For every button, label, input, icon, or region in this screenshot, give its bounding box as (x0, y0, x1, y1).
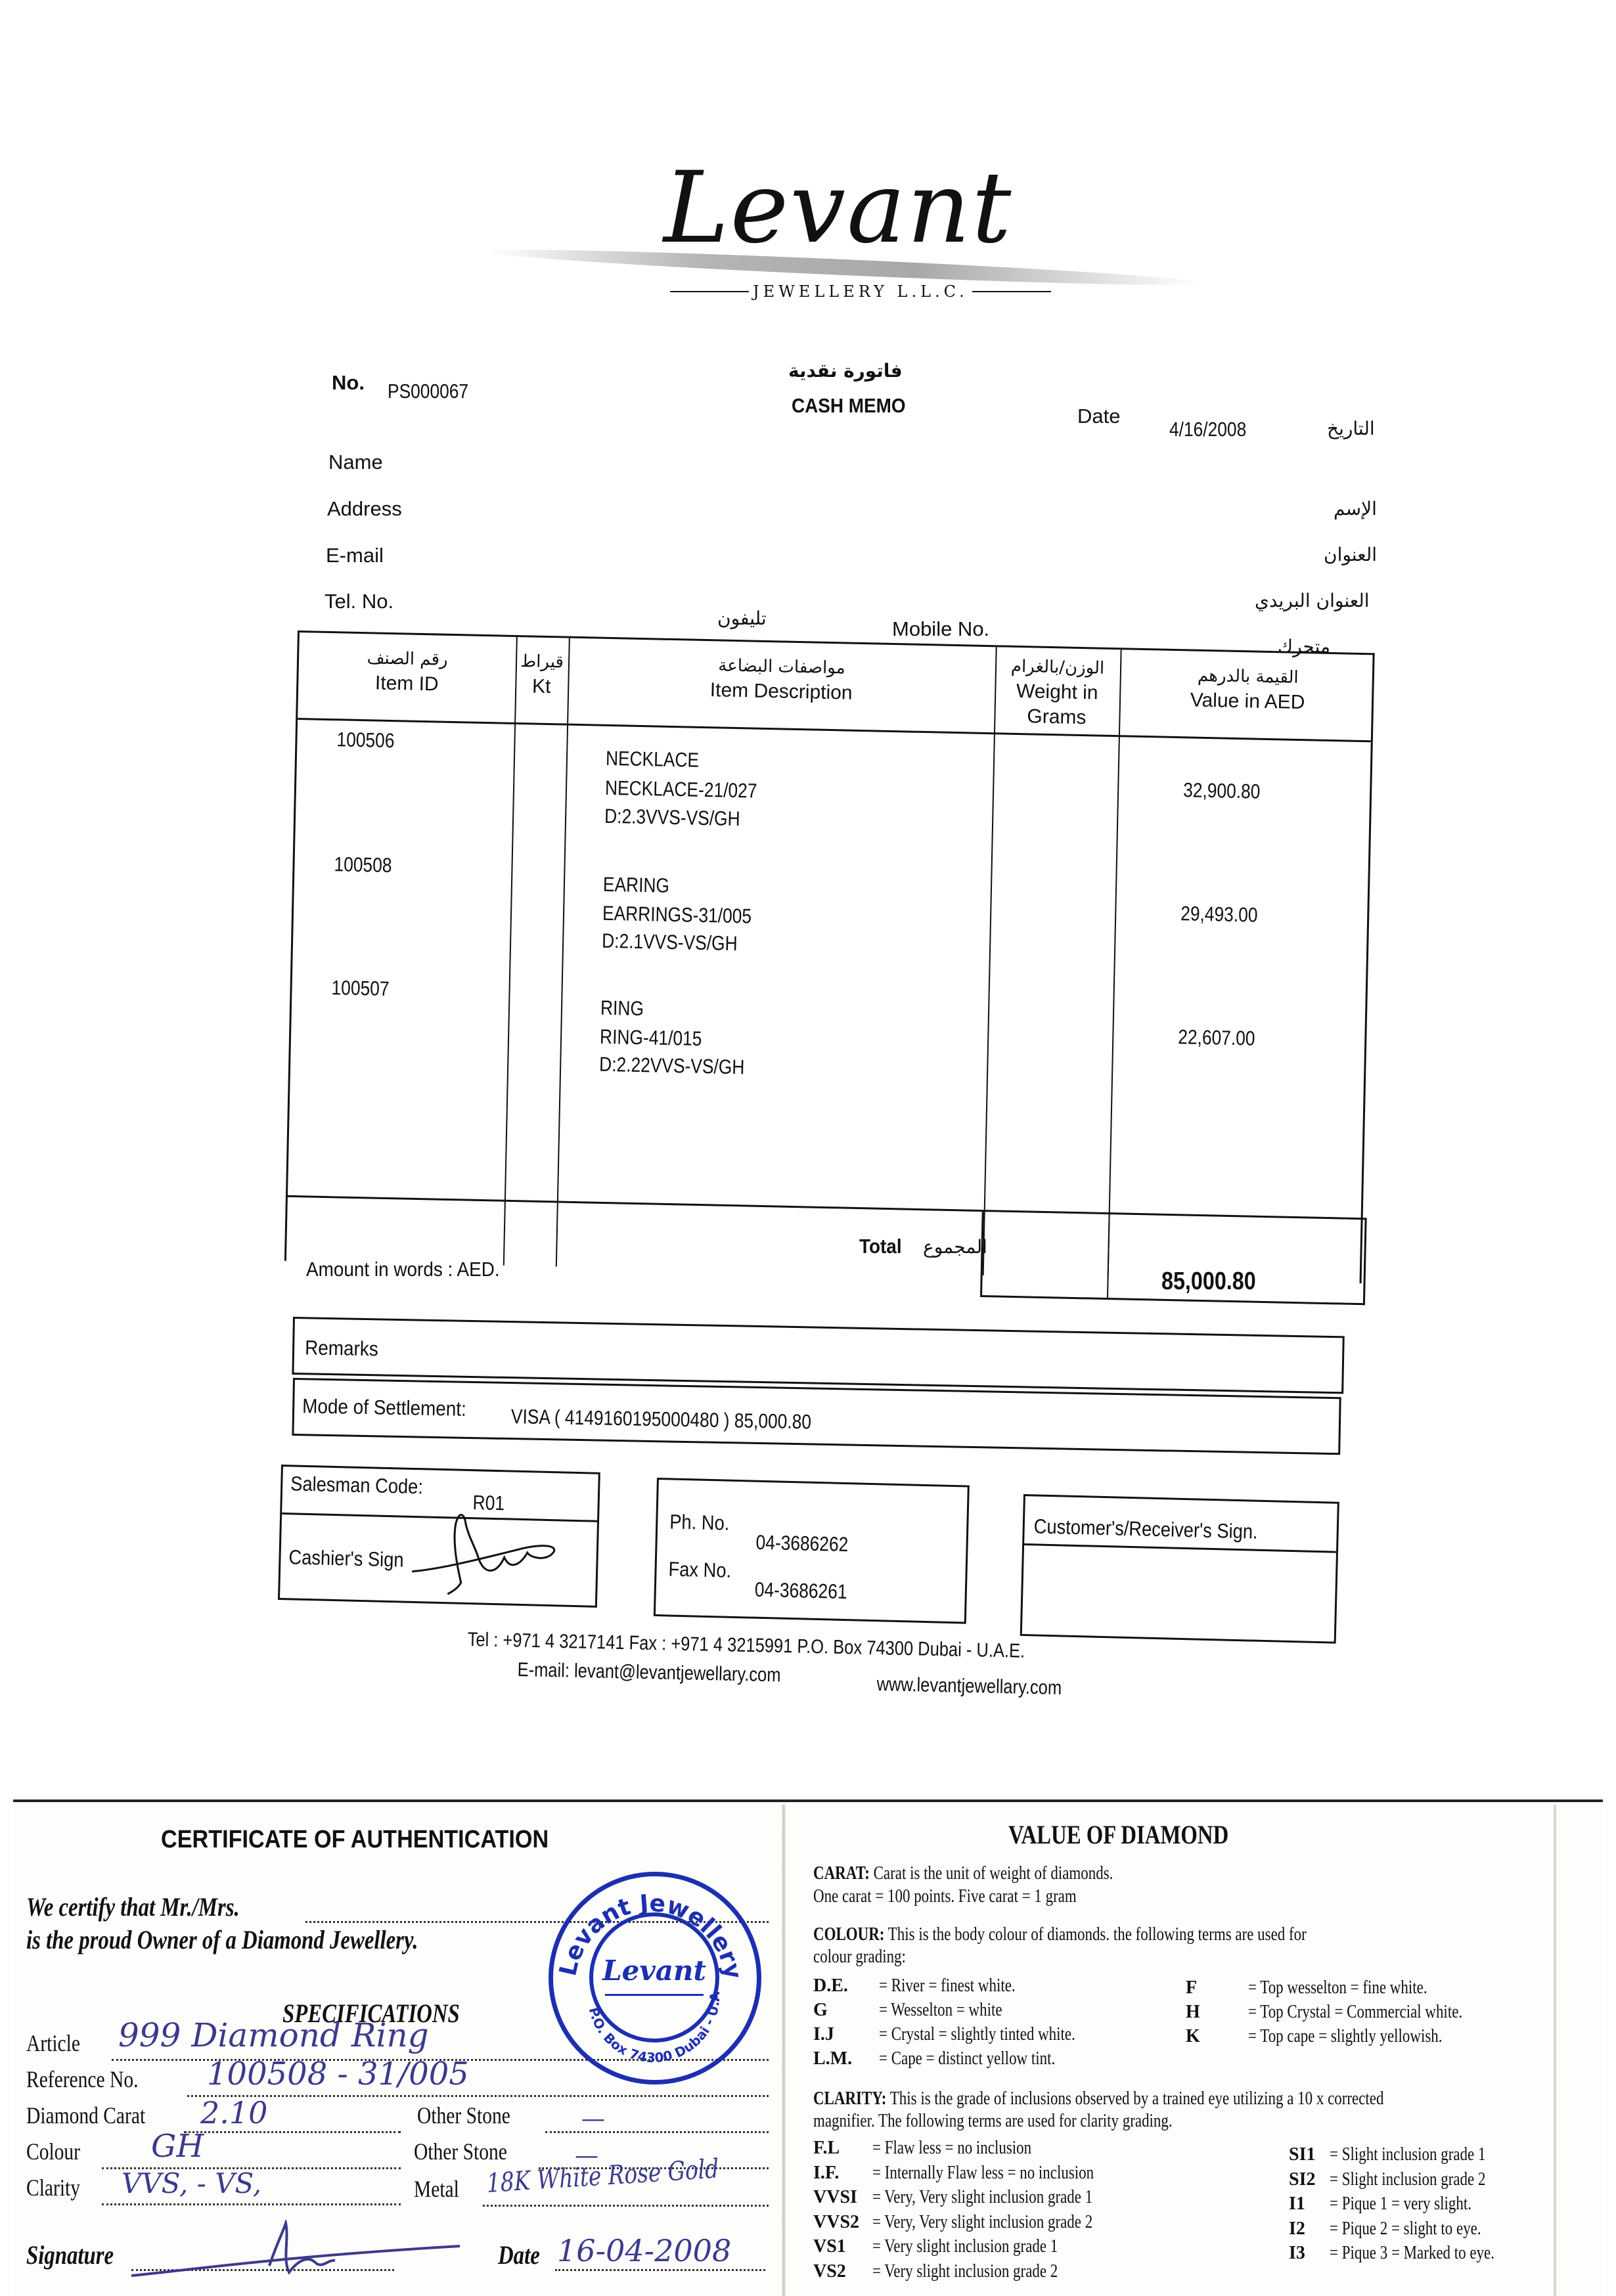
row-1-desc-1: NECKLACE (606, 744, 700, 775)
diamond-carat-field[interactable] (184, 2131, 401, 2133)
grade-desc: = Slight inclusion grade 1 (1330, 2142, 1485, 2167)
amount-in-words-label: Amount in words : AED. (306, 1258, 500, 1281)
reference-field[interactable] (187, 2095, 769, 2097)
grade-code: H (1186, 2000, 1248, 2024)
brand-logo: Levant (663, 151, 1012, 265)
grade-desc: = Slight inclusion grade 2 (1330, 2167, 1485, 2192)
clarity-label-text: Clarity (26, 2174, 80, 2201)
cert-date-label: Date (498, 2240, 549, 2270)
grade-code: F.L (813, 2136, 872, 2161)
card-fold (782, 1805, 786, 2296)
signature-label-text: Signature (26, 2240, 114, 2270)
colour-grade-row: G= Wesselton = white (813, 1998, 1118, 2022)
colour-grade-row: I.J= Crystal = slightly tinted white. (813, 2022, 1118, 2046)
grade-desc: = Top cape = slightly yellowish. (1248, 2024, 1443, 2048)
fax-value: 04-3686261 (754, 1578, 847, 1604)
mobile-label: Mobile No. (892, 617, 989, 641)
header-item-id: رقم الصنف Item ID (298, 644, 516, 699)
clarity-grade-row: VVSI= Very, Very slight inclusion grade … (813, 2185, 1142, 2210)
colour-text-2: colour grading: (813, 1947, 906, 1968)
colour-label: Colour (26, 2138, 92, 2165)
other-stone-label-1: Other Stone (417, 2102, 531, 2129)
diamond-carat-value: 2.10 (200, 2095, 267, 2130)
carat-heading: CARAT: (813, 1863, 870, 1884)
grade-code: I3 (1289, 2241, 1330, 2266)
cash-memo: Levant JEWELLERY L.L.C. No. PS000067 فات… (0, 0, 1616, 1773)
divider (670, 291, 749, 292)
phone-label: Ph. No. (669, 1510, 730, 1535)
header-description: مواصفات البضاعة Item Description (568, 650, 995, 709)
clarity-grade-row: F.L= Flaw less = no inclusion (813, 2136, 1142, 2161)
memo-number-label: No. (332, 371, 365, 395)
colour-paragraph-2: colour grading: (813, 1947, 926, 1968)
clarity-field[interactable] (102, 2203, 401, 2205)
grade-code: G (813, 1998, 879, 2022)
fax-label: Fax No. (668, 1557, 731, 1582)
remarks-label: Remarks (305, 1336, 378, 1361)
cert-date-value: 16-04-2008 (557, 2233, 731, 2268)
header-value-en: Value in AED (1190, 689, 1305, 713)
colour-grades-right: F= Top wesselton = fine white. H= Top Cr… (1186, 1976, 1510, 2048)
row-1-desc-3: D:2.3VVS-VS/GH (604, 802, 740, 833)
other-stone-value-1: — (581, 2106, 605, 2132)
grade-code: SI1 (1289, 2142, 1330, 2167)
grade-code: I1 (1289, 2192, 1330, 2217)
clarity-grade-row: SI1= Slight inclusion grade 1 (1289, 2142, 1531, 2167)
row-1-desc-2: NECKLACE-21/027 (605, 774, 757, 806)
column-divider (556, 638, 570, 1267)
grade-code: I2 (1289, 2217, 1330, 2241)
memo-title: CASH MEMO (792, 394, 906, 418)
row-3-desc-1: RING (600, 994, 644, 1023)
grade-desc: = Pique 2 = slight to eye. (1330, 2217, 1481, 2241)
grade-desc: = Wesselton = white (879, 1998, 1002, 2022)
clarity-grade-row: I.F.= Internally Flaw less = no inclusio… (813, 2161, 1142, 2186)
phone-value: 04-3686262 (755, 1531, 849, 1556)
card-edge (1554, 1805, 1556, 2296)
colour-grade-row: L.M.= Cape = distinct yellow tint. (813, 2046, 1118, 2071)
clarity-grade-row: SI2= Slight inclusion grade 2 (1289, 2167, 1531, 2192)
metal-label: Metal (414, 2175, 469, 2203)
row-2-desc-2: EARRINGS-31/005 (602, 899, 752, 931)
clarity-value: VVS, - VS, (122, 2167, 261, 2199)
clarity-grade-row: VS1= Very slight inclusion grade 1 (813, 2234, 1142, 2259)
grade-desc: = Internally Flaw less = no inclusion (872, 2161, 1094, 2186)
other-stone-label-1-text: Other Stone (417, 2102, 510, 2129)
grade-code: F (1186, 1976, 1248, 2000)
certificate-signature (118, 2220, 466, 2285)
certificate-title: CERTIFICATE OF AUTHENTICATION (161, 1826, 549, 1854)
carat-text-2: One carat = 100 points. Five carat = 1 g… (813, 1886, 1077, 1907)
carat-paragraph-2: One carat = 100 points. Five carat = 1 g… (813, 1886, 1134, 1907)
grade-code: VVS2 (813, 2210, 872, 2235)
row-2-value: 29,493.00 (1180, 899, 1258, 929)
settlement-label: Mode of Settlement: (302, 1394, 466, 1421)
other-stone-label-2: Other Stone (414, 2138, 527, 2165)
row-2-desc-1: EARING (603, 870, 670, 900)
carat-paragraph: CARAT: Carat is the unit of weight of di… (813, 1863, 1179, 1884)
clarity-paragraph-2: magnifier. The following terms are used … (813, 2111, 1251, 2132)
grade-desc: = Very slight inclusion grade 1 (872, 2234, 1058, 2259)
total-label-ar: المجموع (923, 1236, 987, 1258)
clarity-grade-row: VS2= Very slight inclusion grade 2 (813, 2259, 1142, 2284)
row-3-desc-3: D:2.22VVS-VS/GH (599, 1050, 745, 1082)
certify-line-2-text: is the proud Owner of a Diamond Jeweller… (26, 1924, 418, 1955)
clarity-grades-left: F.L= Flaw less = no inclusion I.F.= Inte… (813, 2136, 1142, 2284)
column-divider (1108, 650, 1122, 1278)
column-divider (1107, 1212, 1110, 1298)
clarity-paragraph: CLARITY: This is the grade of inclusions… (813, 2088, 1509, 2109)
header-description-en: Item Description (710, 679, 853, 704)
article-label: Article (26, 2029, 92, 2057)
colour-paragraph: COLOUR: This is the body colour of diamo… (813, 1924, 1415, 1945)
cert-date-field[interactable] (555, 2269, 765, 2271)
header-value: القيمة بالدرهم Value in AED (1119, 661, 1377, 717)
header-kt-ar: قيراط (516, 649, 569, 675)
row-1-value: 32,900.80 (1183, 776, 1261, 806)
divider (972, 291, 1051, 292)
grade-desc: = Top wesselton = fine white. (1248, 1976, 1427, 2000)
divider (1024, 1543, 1336, 1553)
settlement-value: VISA ( 4149160195000480 ) 85,000.80 (511, 1405, 812, 1434)
column-divider (983, 647, 997, 1275)
items-table-frame: رقم الصنف Item ID قيراط Kt مواصفات البضا… (284, 630, 1375, 1283)
colour-grade-row: K= Top cape = slightly yellowish. (1186, 2024, 1510, 2048)
company-stamp: Levant Jewellery P.O. Box 74300 Dubai - … (549, 1872, 761, 2085)
row-3-value: 22,607.00 (1178, 1023, 1255, 1053)
carat-text: Carat is the unit of weight of diamonds. (874, 1863, 1113, 1884)
salesman-cashier-box: Salesman Code: R01 Cashier's Sign (278, 1465, 600, 1608)
items-table: رقم الصنف Item ID قيراط Kt مواصفات البضا… (284, 630, 1375, 1283)
colour-value: GH (151, 2128, 204, 2165)
value-of-diamond-title: VALUE OF DIAMOND (1008, 1819, 1277, 1850)
row-2-item-id: 100508 (334, 850, 392, 880)
brand-subtitle: JEWELLERY L.L.C. (670, 282, 1051, 301)
header-weight: الوزن/بالغرام Weight in Grams (994, 653, 1120, 731)
signature-label: Signature (26, 2240, 133, 2270)
column-divider (503, 637, 518, 1266)
clarity-grade-row: VVS2= Very, Very slight inclusion grade … (813, 2210, 1142, 2235)
row-2-desc-3: D:2.1VVS-VS/GH (602, 927, 738, 958)
metal-field[interactable] (483, 2205, 769, 2207)
memo-number: PS000067 (388, 380, 468, 403)
grade-desc: = River = finest white. (879, 1974, 1016, 1998)
address-label-ar: العنوان (1324, 544, 1377, 565)
cashier-sign-label: Cashier's Sign (288, 1545, 404, 1572)
total-value: 85,000.80 (1161, 1268, 1256, 1296)
other-stone-label-2-text: Other Stone (414, 2138, 507, 2165)
email-label: E-mail (326, 544, 384, 567)
grade-code: VVSI (813, 2185, 872, 2210)
colour-grades-left: D.E.= River = finest white. G= Wesselton… (813, 1974, 1118, 2071)
metal-label-text: Metal (414, 2175, 459, 2203)
header-weight-en: Weight in Grams (1016, 680, 1098, 728)
header-value-ar: القيمة بالدرهم (1119, 661, 1376, 692)
colour-label-text: Colour (26, 2138, 80, 2165)
value-of-diamond-title-text: VALUE OF DIAMOND (1008, 1819, 1228, 1850)
grade-desc: = Very slight inclusion grade 2 (872, 2259, 1058, 2284)
tel-label: Tel. No. (325, 590, 393, 613)
name-label: Name (328, 451, 383, 474)
clarity-grade-row: I3= Pique 3 = Marked to eye. (1289, 2241, 1531, 2266)
header-item-id-en: Item ID (375, 672, 439, 695)
article-label-text: Article (26, 2029, 80, 2057)
grade-desc: = Cape = distinct yellow tint. (879, 2046, 1055, 2071)
stamp-logo: Levant (598, 1954, 710, 1987)
customer-sign-label: Customer's/Receiver's Sign. (1033, 1514, 1258, 1543)
grade-desc: = Flaw less = no inclusion (872, 2136, 1031, 2161)
row-3-item-id: 100507 (331, 973, 390, 1004)
clarity-grade-row: I1= Pique 1 = very slight. (1289, 2192, 1531, 2217)
reference-label-text: Reference No. (26, 2065, 138, 2093)
header-kt-en: Kt (532, 676, 551, 698)
memo-title-ar: فاتورة نقدية (788, 360, 903, 382)
footer-website: www.levantjewellary.com (876, 1673, 1062, 1700)
grade-code: VS2 (813, 2259, 872, 2284)
row-3-desc-2: RING-41/015 (600, 1023, 702, 1053)
certify-line-1: We certify that Mr./Mrs. (26, 1891, 286, 1922)
grade-desc: = Pique 1 = very slight. (1330, 2192, 1471, 2217)
grade-code: SI2 (1289, 2167, 1330, 2192)
grade-desc: = Very, Very slight inclusion grade 2 (872, 2210, 1092, 2235)
clarity-grade-row: I2= Pique 2 = slight to eye. (1289, 2217, 1531, 2241)
colour-text: This is the body colour of diamonds. the… (888, 1924, 1307, 1945)
grade-code: I.F. (813, 2161, 872, 2186)
grade-code: I.J (813, 2022, 879, 2046)
clarity-grades-right: SI1= Slight inclusion grade 1 SI2= Sligh… (1289, 2142, 1531, 2266)
cashier-signature (411, 1509, 571, 1599)
colour-grade-row: F= Top wesselton = fine white. (1186, 1976, 1510, 2000)
article-value: 999 Diamond Ring (118, 2016, 429, 2054)
customer-sign-box: Customer's/Receiver's Sign. (1020, 1494, 1339, 1644)
grade-desc: = Pique 3 = Marked to eye. (1330, 2241, 1494, 2266)
footer-contact-line: Tel : +971 4 3217141 Fax : +971 4 321599… (467, 1629, 1025, 1663)
clarity-heading: CLARITY: (813, 2088, 886, 2109)
grade-desc: = Top Crystal = Commercial white. (1248, 2000, 1462, 2024)
grade-code: D.E. (813, 1974, 879, 1998)
date-label: Date (1077, 405, 1120, 428)
reference-label: Reference No. (26, 2065, 163, 2093)
total-label: Total (859, 1235, 902, 1258)
certify-line-1-text: We certify that Mr./Mrs. (26, 1891, 240, 1922)
salesman-code-label: Salesman Code: (290, 1472, 424, 1499)
footer-email: E-mail: levant@levantjewellary.com (517, 1659, 781, 1687)
date-label-ar: التاريخ (1327, 418, 1375, 439)
header-kt: قيراط Kt (515, 649, 569, 700)
clarity-text-2: magnifier. The following terms are used … (813, 2111, 1173, 2132)
diamond-carat-label-text: Diamond Carat (26, 2102, 145, 2129)
stamp-inner-ring: Levant (589, 1912, 719, 2042)
divider (605, 1994, 704, 1996)
grade-code: VS1 (813, 2234, 872, 2259)
tel-label-ar: تليفون (717, 607, 767, 629)
date-value: 4/16/2008 (1169, 418, 1246, 441)
brand-subtitle-text: JEWELLERY L.L.C. (753, 282, 968, 301)
header-item-id-ar: رقم الصنف (299, 644, 516, 674)
header-weight-ar: الوزن/بالغرام (995, 653, 1121, 681)
row-1-item-id: 100506 (336, 725, 395, 755)
grade-code: K (1186, 2024, 1248, 2048)
reference-value: 100508 - 31/005 (207, 2056, 469, 2092)
diamond-carat-label: Diamond Carat (26, 2102, 171, 2129)
address-label: Address (327, 497, 402, 521)
contact-box: Ph. No. 04-3686262 Fax No. 04-3686261 (654, 1478, 970, 1624)
colour-grade-row: D.E.= River = finest white. (813, 1974, 1118, 1998)
colour-heading: COLOUR: (813, 1924, 884, 1945)
clarity-label: Clarity (26, 2174, 92, 2201)
grade-code: L.M. (813, 2046, 879, 2071)
grade-desc: = Crystal = slightly tinted white. (879, 2022, 1075, 2046)
grade-desc: = Very, Very slight inclusion grade 1 (872, 2185, 1092, 2210)
colour-grade-row: H= Top Crystal = Commercial white. (1186, 2000, 1510, 2024)
email-label-ar: العنوان البريدي (1255, 590, 1370, 611)
name-label-ar: الإسم (1334, 498, 1377, 519)
cert-date-label-text: Date (498, 2240, 540, 2270)
certify-line-2: is the proud Owner of a Diamond Jeweller… (26, 1924, 504, 1955)
clarity-text: This is the grade of inclusions observed… (890, 2088, 1384, 2109)
other-stone-field-1[interactable] (545, 2131, 769, 2133)
